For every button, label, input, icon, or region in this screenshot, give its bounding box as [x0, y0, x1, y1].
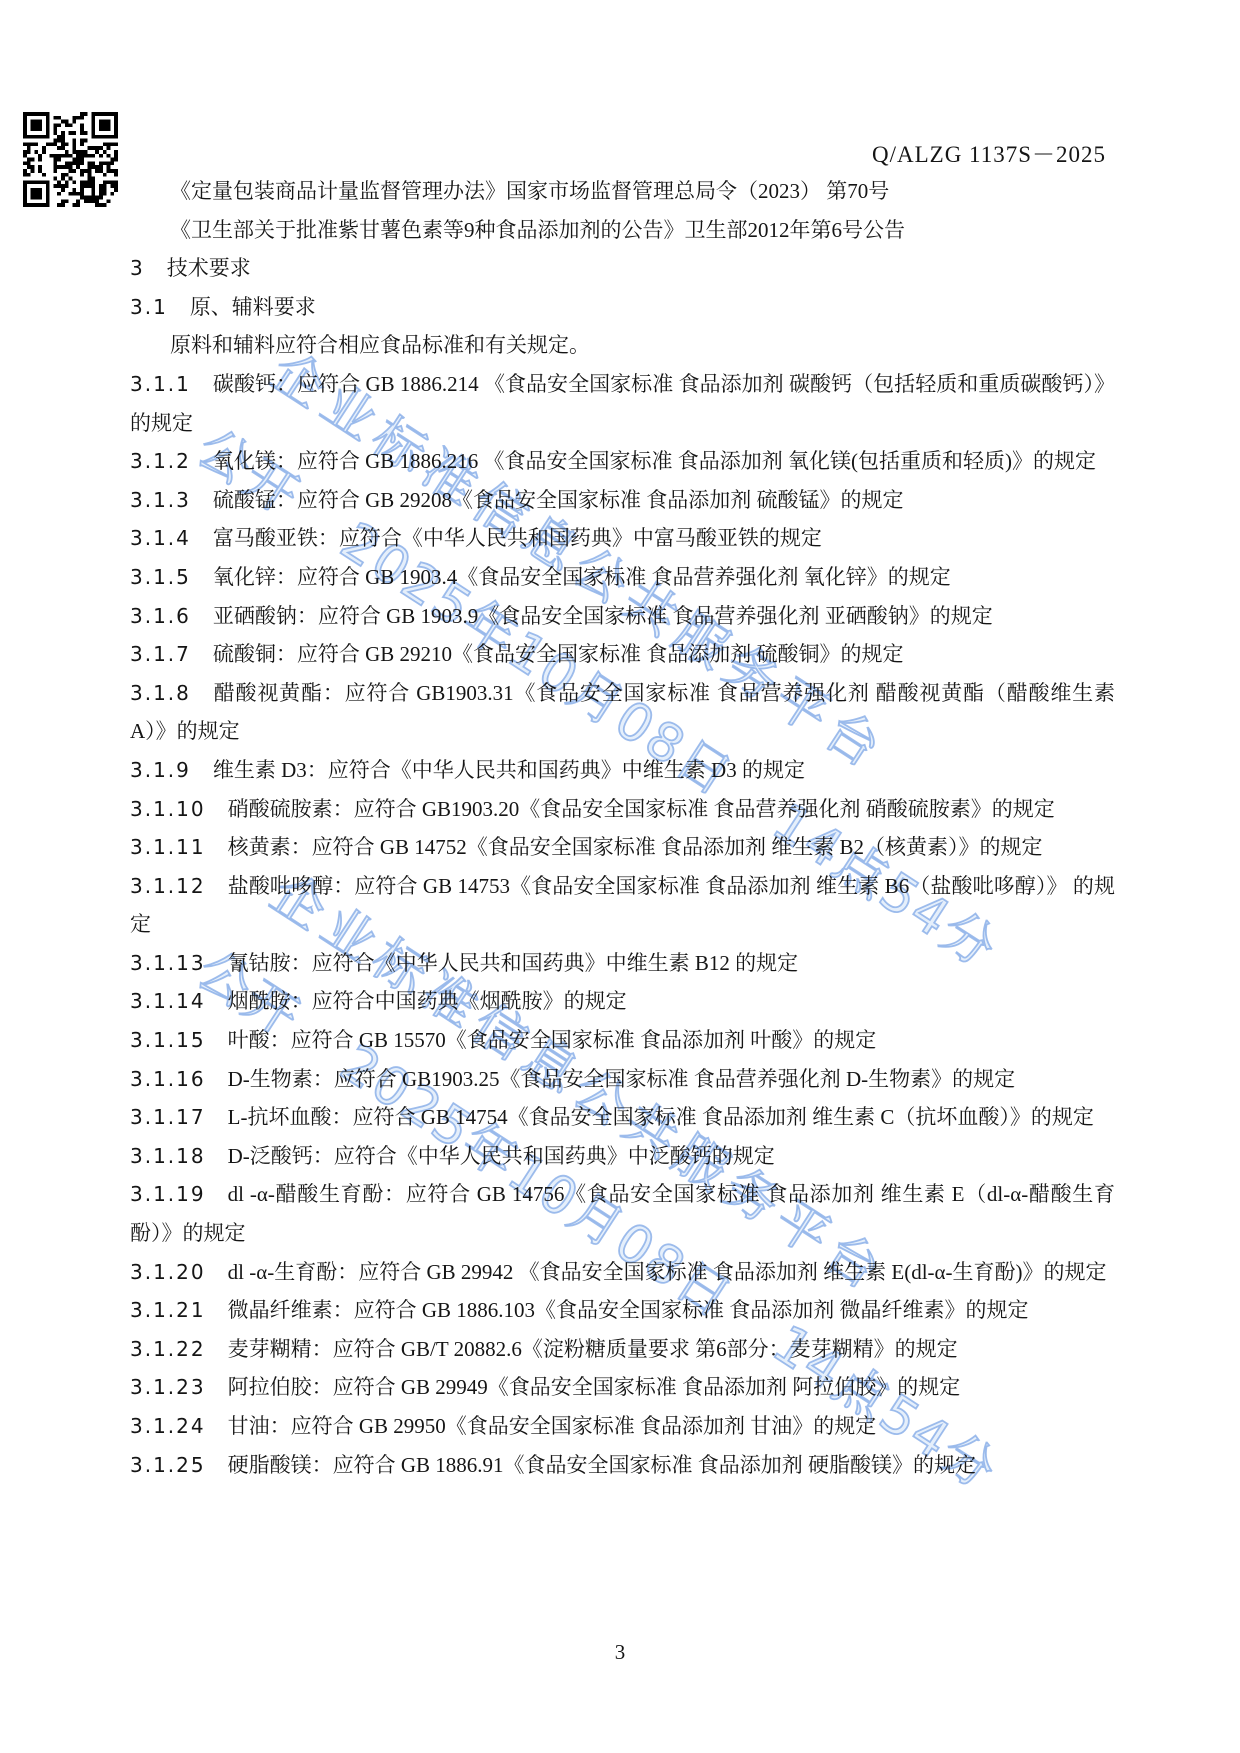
clause: 3.1.9维生素 D3：应符合《中华人民共和国药典》中维生素 D3 的规定 [130, 751, 1115, 790]
clause: 3.1.20dl -α-生育酚：应符合 GB 29942 《食品安全国家标准 食… [130, 1253, 1115, 1292]
clause-text: 碳酸钙：应符合 GB 1886.214 《食品安全国家标准 食品添加剂 碳酸钙（… [130, 372, 1115, 435]
document-body: 《定量包装商品计量监督管理办法》国家市场监督管理总局令（2023） 第70号《卫… [130, 172, 1115, 1484]
clause: 3.1.17L-抗坏血酸：应符合 GB 14754《食品安全国家标准 食品添加剂… [130, 1098, 1115, 1137]
clause-text: 核黄素：应符合 GB 14752《食品安全国家标准 食品添加剂 维生素 B2（核… [228, 835, 1043, 859]
clause: 3.1.3硫酸锰：应符合 GB 29208《食品安全国家标准 食品添加剂 硫酸锰… [130, 481, 1115, 520]
clause-number: 3.1.15 [130, 1028, 206, 1052]
clause-text: 甘油：应符合 GB 29950《食品安全国家标准 食品添加剂 甘油》的规定 [228, 1414, 877, 1438]
clause-number: 3.1.8 [130, 681, 191, 705]
section-heading: 3技术要求 [130, 249, 1115, 288]
clause: 3.1.19dl -α-醋酸生育酚：应符合 GB 14756《食品安全国家标准 … [130, 1175, 1115, 1252]
clause: 3.1.14烟酰胺：应符合中国药典《烟酰胺》的规定 [130, 982, 1115, 1021]
clause-number: 3.1.10 [130, 797, 206, 821]
clause-text: D-泛酸钙：应符合《中华人民共和国药典》中泛酸钙的规定 [228, 1144, 775, 1168]
clause-number: 3.1.7 [130, 642, 191, 666]
clause: 3.1.2氧化镁：应符合 GB 1886.216 《食品安全国家标准 食品添加剂… [130, 442, 1115, 481]
clause-number: 3.1.1 [130, 372, 191, 396]
clause-text: 烟酰胺：应符合中国药典《烟酰胺》的规定 [228, 989, 627, 1013]
clause-number: 3.1.16 [130, 1067, 206, 1091]
clause-number: 3.1.2 [130, 449, 191, 473]
clause: 3.1.25硬脂酸镁：应符合 GB 1886.91《食品安全国家标准 食品添加剂… [130, 1446, 1115, 1485]
clause-text: 硫酸铜：应符合 GB 29210《食品安全国家标准 食品添加剂 硫酸铜》的规定 [213, 642, 904, 666]
clause-number: 3.1.20 [130, 1260, 206, 1284]
intro-paragraph: 原料和辅料应符合相应食品标准和有关规定。 [130, 326, 1115, 365]
clause-text: 氧化镁：应符合 GB 1886.216 《食品安全国家标准 食品添加剂 氧化镁(… [213, 449, 1096, 473]
clause-number: 3.1.25 [130, 1453, 206, 1477]
clause-number: 3.1.23 [130, 1375, 206, 1399]
clause-number: 3.1.19 [130, 1182, 206, 1206]
document-page: 企业标准信息公共服务平台 公开 2025年10月08日 14点54分 企业标准信… [0, 0, 1240, 1753]
subsection-heading: 3.1原、辅料要求 [130, 288, 1115, 327]
clause-text: 盐酸吡哆醇：应符合 GB 14753《食品安全国家标准 食品添加剂 维生素 B6… [130, 874, 1115, 937]
clause-text: 维生素 D3：应符合《中华人民共和国药典》中维生素 D3 的规定 [213, 758, 805, 782]
clause-text: D-生物素：应符合 GB1903.25《食品安全国家标准 食品营养强化剂 D-生… [228, 1067, 1016, 1091]
clause-text: 硝酸硫胺素：应符合 GB1903.20《食品安全国家标准 食品营养强化剂 硝酸硫… [228, 797, 1055, 821]
clause: 3.1.23阿拉伯胶：应符合 GB 29949《食品安全国家标准 食品添加剂 阿… [130, 1368, 1115, 1407]
clause: 3.1.24甘油：应符合 GB 29950《食品安全国家标准 食品添加剂 甘油》… [130, 1407, 1115, 1446]
clause-number: 3.1.14 [130, 989, 206, 1013]
clause-text: 硫酸锰：应符合 GB 29208《食品安全国家标准 食品添加剂 硫酸锰》的规定 [213, 488, 904, 512]
clause-number: 3.1.21 [130, 1298, 206, 1322]
clause-text: dl -α-醋酸生育酚：应符合 GB 14756《食品安全国家标准 食品添加剂 … [130, 1182, 1115, 1245]
qr-code-icon [23, 112, 118, 207]
clause-number: 3.1.11 [130, 835, 206, 859]
clause: 3.1.8醋酸视黄酯：应符合 GB1903.31《食品安全国家标准 食品营养强化… [130, 674, 1115, 751]
clause-number: 3.1.6 [130, 604, 191, 628]
clause: 3.1.10硝酸硫胺素：应符合 GB1903.20《食品安全国家标准 食品营养强… [130, 790, 1115, 829]
subsection-title: 原、辅料要求 [190, 295, 316, 319]
reference-list: 《定量包装商品计量监督管理办法》国家市场监督管理总局令（2023） 第70号《卫… [130, 172, 1115, 249]
doc-number: Q/ALZG 1137S－2025 [872, 136, 1106, 169]
clause-number: 3.1.17 [130, 1105, 206, 1129]
clause: 3.1.11核黄素：应符合 GB 14752《食品安全国家标准 食品添加剂 维生… [130, 828, 1115, 867]
clause: 3.1.18D-泛酸钙：应符合《中华人民共和国药典》中泛酸钙的规定 [130, 1137, 1115, 1176]
clause-text: 氰钴胺：应符合《中华人民共和国药典》中维生素 B12 的规定 [228, 951, 799, 975]
clause-text: dl -α-生育酚：应符合 GB 29942 《食品安全国家标准 食品添加剂 维… [228, 1260, 1107, 1284]
clause: 3.1.15叶酸：应符合 GB 15570《食品安全国家标准 食品添加剂 叶酸》… [130, 1021, 1115, 1060]
clause-number: 3.1.18 [130, 1144, 206, 1168]
clause-number: 3.1.3 [130, 488, 191, 512]
clause: 3.1.13氰钴胺：应符合《中华人民共和国药典》中维生素 B12 的规定 [130, 944, 1115, 983]
clause-number: 3.1.12 [130, 874, 206, 898]
clause-text: 硬脂酸镁：应符合 GB 1886.91《食品安全国家标准 食品添加剂 硬脂酸镁》… [228, 1453, 976, 1477]
clause: 3.1.16D-生物素：应符合 GB1903.25《食品安全国家标准 食品营养强… [130, 1060, 1115, 1099]
subsection-number: 3.1 [130, 295, 168, 319]
reference-line: 《卫生部关于批准紫甘薯色素等9种食品添加剂的公告》卫生部2012年第6号公告 [170, 211, 1115, 250]
clause-text: 亚硒酸钠：应符合 GB 1903.9《食品安全国家标准 食品营养强化剂 亚硒酸钠… [213, 604, 993, 628]
clause-number: 3.1.13 [130, 951, 206, 975]
clause-text: 微晶纤维素：应符合 GB 1886.103《食品安全国家标准 食品添加剂 微晶纤… [228, 1298, 1029, 1322]
page-number: 3 [0, 1640, 1240, 1665]
clause: 3.1.1碳酸钙：应符合 GB 1886.214 《食品安全国家标准 食品添加剂… [130, 365, 1115, 442]
clause: 3.1.5氧化锌：应符合 GB 1903.4《食品安全国家标准 食品营养强化剂 … [130, 558, 1115, 597]
clause-text: 麦芽糊精：应符合 GB/T 20882.6《淀粉糖质量要求 第6部分：麦芽糊精》… [228, 1337, 958, 1361]
clause: 3.1.4富马酸亚铁：应符合《中华人民共和国药典》中富马酸亚铁的规定 [130, 519, 1115, 558]
clause-number: 3.1.9 [130, 758, 191, 782]
clause-number: 3.1.5 [130, 565, 191, 589]
section-title: 技术要求 [167, 256, 251, 280]
clause: 3.1.7硫酸铜：应符合 GB 29210《食品安全国家标准 食品添加剂 硫酸铜… [130, 635, 1115, 674]
clause-text: 叶酸：应符合 GB 15570《食品安全国家标准 食品添加剂 叶酸》的规定 [228, 1028, 877, 1052]
reference-line: 《定量包装商品计量监督管理办法》国家市场监督管理总局令（2023） 第70号 [170, 172, 1115, 211]
clause: 3.1.6亚硒酸钠：应符合 GB 1903.9《食品安全国家标准 食品营养强化剂… [130, 597, 1115, 636]
clause: 3.1.12盐酸吡哆醇：应符合 GB 14753《食品安全国家标准 食品添加剂 … [130, 867, 1115, 944]
clause-text: L-抗坏血酸：应符合 GB 14754《食品安全国家标准 食品添加剂 维生素 C… [228, 1105, 1094, 1129]
clause-text: 醋酸视黄酯：应符合 GB1903.31《食品安全国家标准 食品营养强化剂 醋酸视… [130, 681, 1115, 744]
clause-list: 3.1.1碳酸钙：应符合 GB 1886.214 《食品安全国家标准 食品添加剂… [130, 365, 1115, 1484]
clause-number: 3.1.22 [130, 1337, 206, 1361]
clause-number: 3.1.24 [130, 1414, 206, 1438]
clause: 3.1.22麦芽糊精：应符合 GB/T 20882.6《淀粉糖质量要求 第6部分… [130, 1330, 1115, 1369]
clause-text: 阿拉伯胶：应符合 GB 29949《食品安全国家标准 食品添加剂 阿拉伯胶》的规… [228, 1375, 961, 1399]
clause-text: 氧化锌：应符合 GB 1903.4《食品安全国家标准 食品营养强化剂 氧化锌》的… [213, 565, 951, 589]
section-number: 3 [130, 256, 145, 280]
clause-text: 富马酸亚铁：应符合《中华人民共和国药典》中富马酸亚铁的规定 [213, 526, 822, 550]
clause: 3.1.21微晶纤维素：应符合 GB 1886.103《食品安全国家标准 食品添… [130, 1291, 1115, 1330]
clause-number: 3.1.4 [130, 526, 191, 550]
